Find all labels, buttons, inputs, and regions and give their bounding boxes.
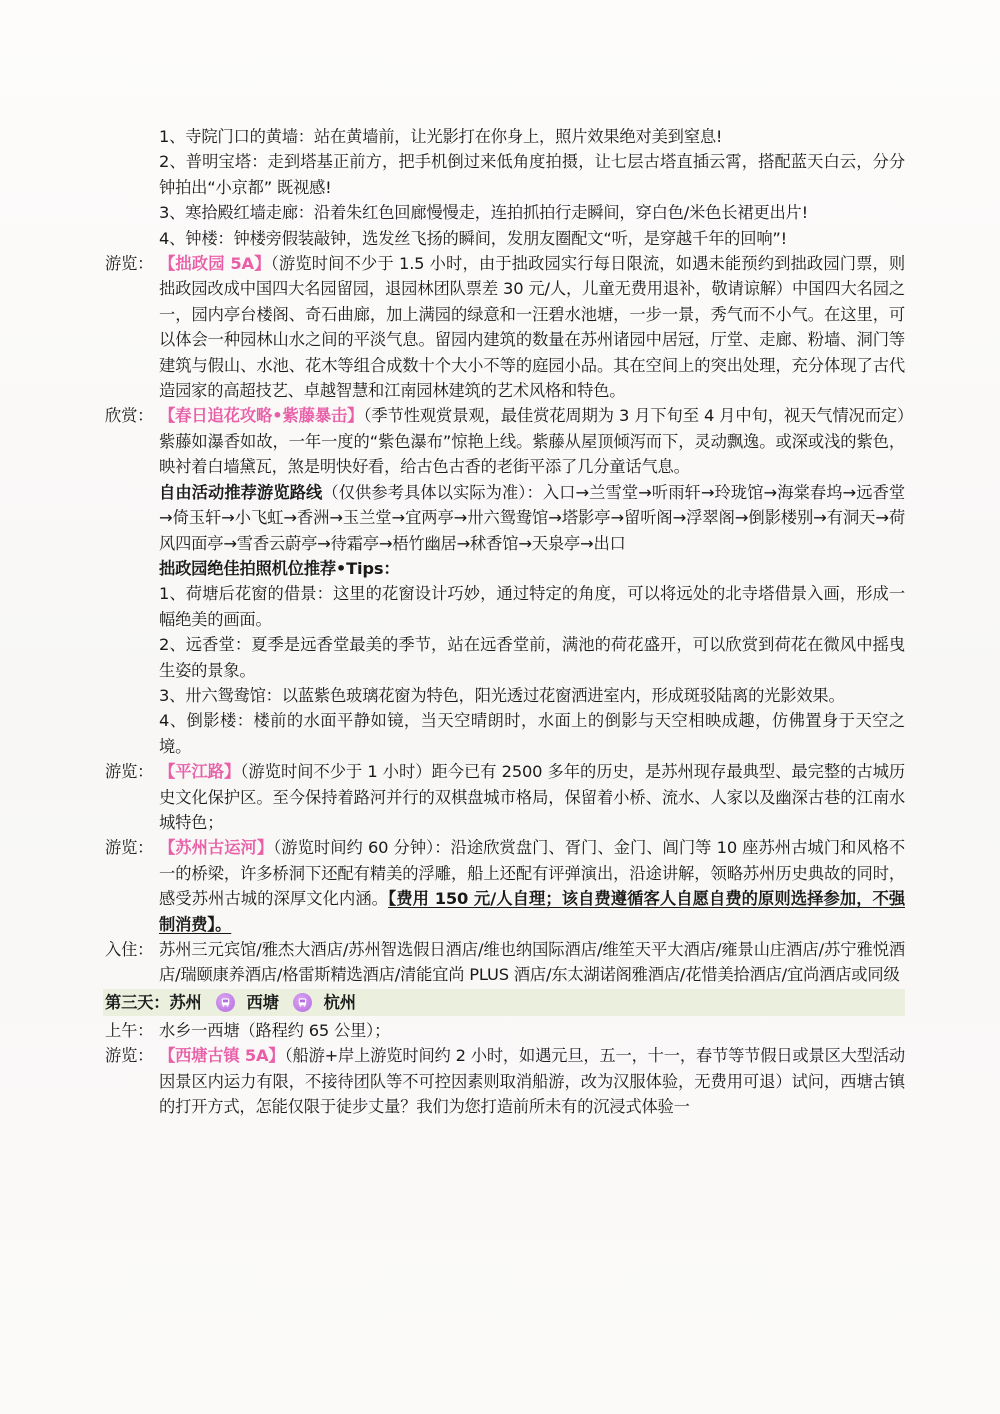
route-recommendation: 自由活动推荐游览路线（仅供参考具体以实际为准）：入口→兰雪堂→听雨轩→玲珑馆→海… bbox=[105, 480, 905, 556]
section-label: 游览： bbox=[105, 835, 159, 937]
section-hotel: 入住： 苏州三元宾馆/雅杰大酒店/苏州智选假日酒店/维也纳国际酒店/维笙天平大酒… bbox=[105, 937, 905, 988]
section-pingjianglu: 游览： 【平江路】（游览时间不少于 1 小时）距今已有 2500 多年的历史，是… bbox=[105, 759, 905, 835]
tip-item: 3、寒拾殿红墙走廊：沿着朱红色回廊慢慢走，连拍抓拍行走瞬间，穿白色/米色长裙更出… bbox=[105, 200, 905, 225]
itinerary-content: 1、寺院门口的黄墙：站在黄墙前，让光影打在你身上，照片效果绝对美到窒息! 2、普… bbox=[105, 124, 905, 1119]
attraction-description: （游览时间不少于 1 小时）距今已有 2500 多年的历史，是苏州现存最典型、最… bbox=[159, 762, 905, 832]
photo-tip-item: 2、远香堂：夏季是远香堂最美的季节，站在远香堂前，满池的荷花盛开，可以欣赏到荷花… bbox=[105, 632, 905, 683]
tip-item: 1、寺院门口的黄墙：站在黄墙前，让光影打在你身上，照片效果绝对美到窒息! bbox=[105, 124, 905, 149]
hotel-list: 苏州三元宾馆/雅杰大酒店/苏州智选假日酒店/维也纳国际酒店/维笙天平大酒店/雍景… bbox=[159, 937, 905, 988]
tip-item: 2、普明宝塔：走到塔基正前方，把手机倒过来低角度拍摄，让七层古塔直插云霄，搭配蓝… bbox=[105, 149, 905, 200]
photo-tip-item: 3、卅六鸳鸯馆：以蓝紫色玻璃花窗为特色，阳光透过花窗洒进室内，形成斑驳陆离的光影… bbox=[105, 683, 905, 708]
bus-icon bbox=[293, 993, 312, 1012]
attraction-title: 【春日追花攻略•紫藤暴击】 bbox=[159, 406, 363, 425]
bus-icon bbox=[216, 993, 235, 1012]
attraction-title: 【苏州古运河】 bbox=[159, 838, 273, 857]
section-label: 入住： bbox=[105, 937, 159, 988]
tip-item: 4、钟楼：钟楼旁假装敲钟，选发丝飞扬的瞬间，发朋友圈配文“听，是穿越千年的回响”… bbox=[105, 226, 905, 251]
itinerary-page: 1、寺院门口的黄墙：站在黄墙前，让光影打在你身上，照片效果绝对美到窒息! 2、普… bbox=[0, 0, 1000, 1414]
route-title: 自由活动推荐游览路线 bbox=[159, 483, 322, 502]
photo-tip-item: 1、荷塘后花窗的借景：这里的花窗设计巧妙，通过特定的角度，可以将远处的北寺塔借景… bbox=[105, 581, 905, 632]
attraction-title: 【拙政园 5A】 bbox=[159, 254, 271, 273]
section-zhuozhengyuan: 游览： 【拙政园 5A】（游览时间不少于 1.5 小时，由于拙政园实行每日限流，… bbox=[105, 251, 905, 403]
day3-header: 第三天：苏州 西塘 杭州 bbox=[103, 989, 905, 1016]
photo-tip-item: 4、倒影楼：楼前的水面平静如镜，当天空晴朗时，水面上的倒影与天空相映成趣，仿佛置… bbox=[105, 708, 905, 759]
section-label: 游览： bbox=[105, 1043, 159, 1119]
photo-tips-title: 拙政园绝佳拍照机位推荐•Tips： bbox=[105, 556, 905, 581]
day-stop: 西塘 bbox=[247, 989, 279, 1016]
section-label: 欣赏： bbox=[105, 403, 159, 479]
day-stop: 杭州 bbox=[324, 989, 356, 1016]
morning-text: 水乡一西塘（路程约 65 公里）； bbox=[159, 1018, 905, 1043]
attraction-description: （游览时间不少于 1.5 小时，由于拙政园实行每日限流，如遇未能预约到拙政园门票… bbox=[159, 254, 905, 400]
section-xitang: 游览： 【西塘古镇 5A】（船游+岸上游览时间约 2 小时，如遇元旦，五一，十一… bbox=[105, 1043, 905, 1119]
attraction-title: 【平江路】 bbox=[159, 762, 240, 781]
section-morning: 上午： 水乡一西塘（路程约 65 公里）； bbox=[105, 1018, 905, 1043]
day-title: 第三天：苏州 bbox=[105, 989, 202, 1016]
section-label: 游览： bbox=[105, 251, 159, 403]
attraction-title: 【西塘古镇 5A】 bbox=[159, 1046, 285, 1065]
section-label: 游览： bbox=[105, 759, 159, 835]
section-canal: 游览： 【苏州古运河】（游览时间约 60 分钟）：沿途欣赏盘门、胥门、金门、阊门… bbox=[105, 835, 905, 937]
section-label: 上午： bbox=[105, 1018, 159, 1043]
section-wisteria: 欣赏： 【春日追花攻略•紫藤暴击】（季节性观赏景观，最佳赏花周期为 3 月下旬至… bbox=[105, 403, 905, 479]
